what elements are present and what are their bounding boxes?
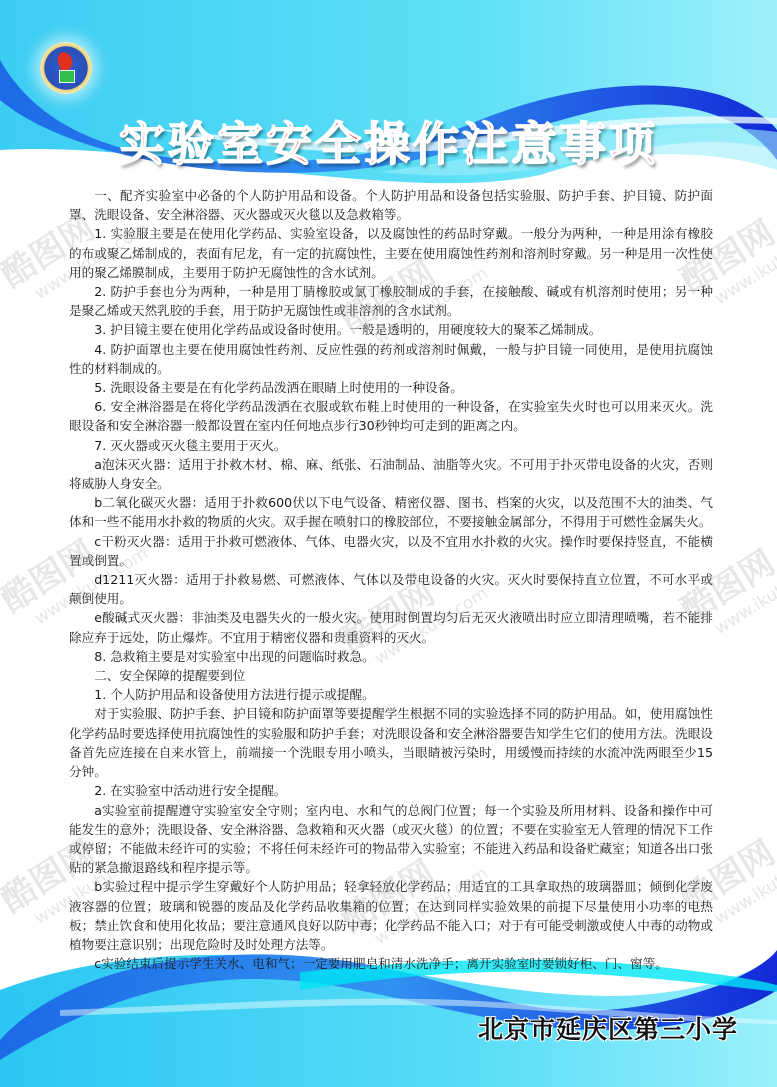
school-emblem-icon xyxy=(40,42,92,94)
document-body: 一、配齐实验室中必备的个人防护用品和设备。个人防护用品和设备包括实验服、防护手套… xyxy=(69,186,713,973)
emblem-mark-icon xyxy=(59,70,75,83)
paragraph: e酸碱式灭火器：非油类及电器失火的一般火灾。使用时倒置均匀后无灭火液喷出时应立即… xyxy=(69,608,713,646)
paragraph: c干粉灭火器：适用于扑救可燃液体、气体、电器火灾，以及不宜用水扑救的火灾。操作时… xyxy=(69,532,713,570)
paragraph: 2. 防护手套也分为两种，一种是用丁腈橡胶或氯丁橡胶制成的手套，在接触酸、碱或有… xyxy=(69,282,713,320)
paragraph: 6. 安全淋浴器是在将化学药品泼洒在衣服或软布鞋上时使用的一种设备，在实验室失火… xyxy=(69,397,713,435)
paragraph: 对于实验服、防护手套、护目镜和防护面罩等要提醒学生根据不同的实验选择不同的防护用… xyxy=(69,704,713,781)
page-title: 实验室安全操作注意事项 xyxy=(0,108,777,174)
paragraph: b二氧化碳灭火器：适用于扑救600伏以下电气设备、精密仪器、图书、档案的火灾，以… xyxy=(69,493,713,531)
school-name: 北京市延庆区第三小学 xyxy=(478,1010,738,1046)
paragraph: a泡沫灭火器：适用于扑救木材、棉、麻、纸张、石油制品、油脂等火灾。不可用于扑灭带… xyxy=(69,455,713,493)
paragraph: 1. 实验服主要是在使用化学药品、实验室设备，以及腐蚀性的药品时穿戴。一般分为两… xyxy=(69,224,713,282)
paragraph: 5. 洗眼设备主要是在有化学药品泼洒在眼睛上时使用的一种设备。 xyxy=(69,378,713,397)
section-heading: 二、安全保障的提醒要到位 xyxy=(69,666,713,685)
paragraph: 8. 急救箱主要是对实验室中出现的问题临时救急。 xyxy=(69,647,713,666)
paragraph: d1211灭火器：适用于扑救易燃、可燃液体、气体以及带电设备的火灾。灭火时要保持… xyxy=(69,570,713,608)
flame-icon xyxy=(55,50,74,72)
paragraph: 1. 个人防护用品和设备使用方法进行提示或提醒。 xyxy=(69,685,713,704)
section-heading: 一、配齐实验室中必备的个人防护用品和设备。个人防护用品和设备包括实验服、防护手套… xyxy=(69,186,713,224)
paragraph: 3. 护目镜主要在使用化学药品或设备时使用。一般是透明的，用硬度较大的聚苯乙烯制… xyxy=(69,320,713,339)
paragraph: 4. 防护面罩也主要在使用腐蚀性药剂、反应性强的药剂或溶剂时佩戴，一般与护目镜一… xyxy=(69,340,713,378)
paragraph: b实验过程中提示学生穿戴好个人防护用品；轻拿轻放化学药品；用适宜的工具拿取热的玻… xyxy=(69,877,713,954)
paragraph: c实验结束后提示学生关水、电和气；一定要用肥皂和清水洗净手；离开实验室时要锁好柜… xyxy=(69,954,713,973)
paragraph: a实验室前提醒遵守实验室安全守则；室内电、水和气的总阀门位置；每一个实验及所用材… xyxy=(69,801,713,878)
paragraph: 7. 灭火器或灭火毯主要用于灭火。 xyxy=(69,436,713,455)
paragraph: 2. 在实验室中活动进行安全提醒。 xyxy=(69,781,713,800)
